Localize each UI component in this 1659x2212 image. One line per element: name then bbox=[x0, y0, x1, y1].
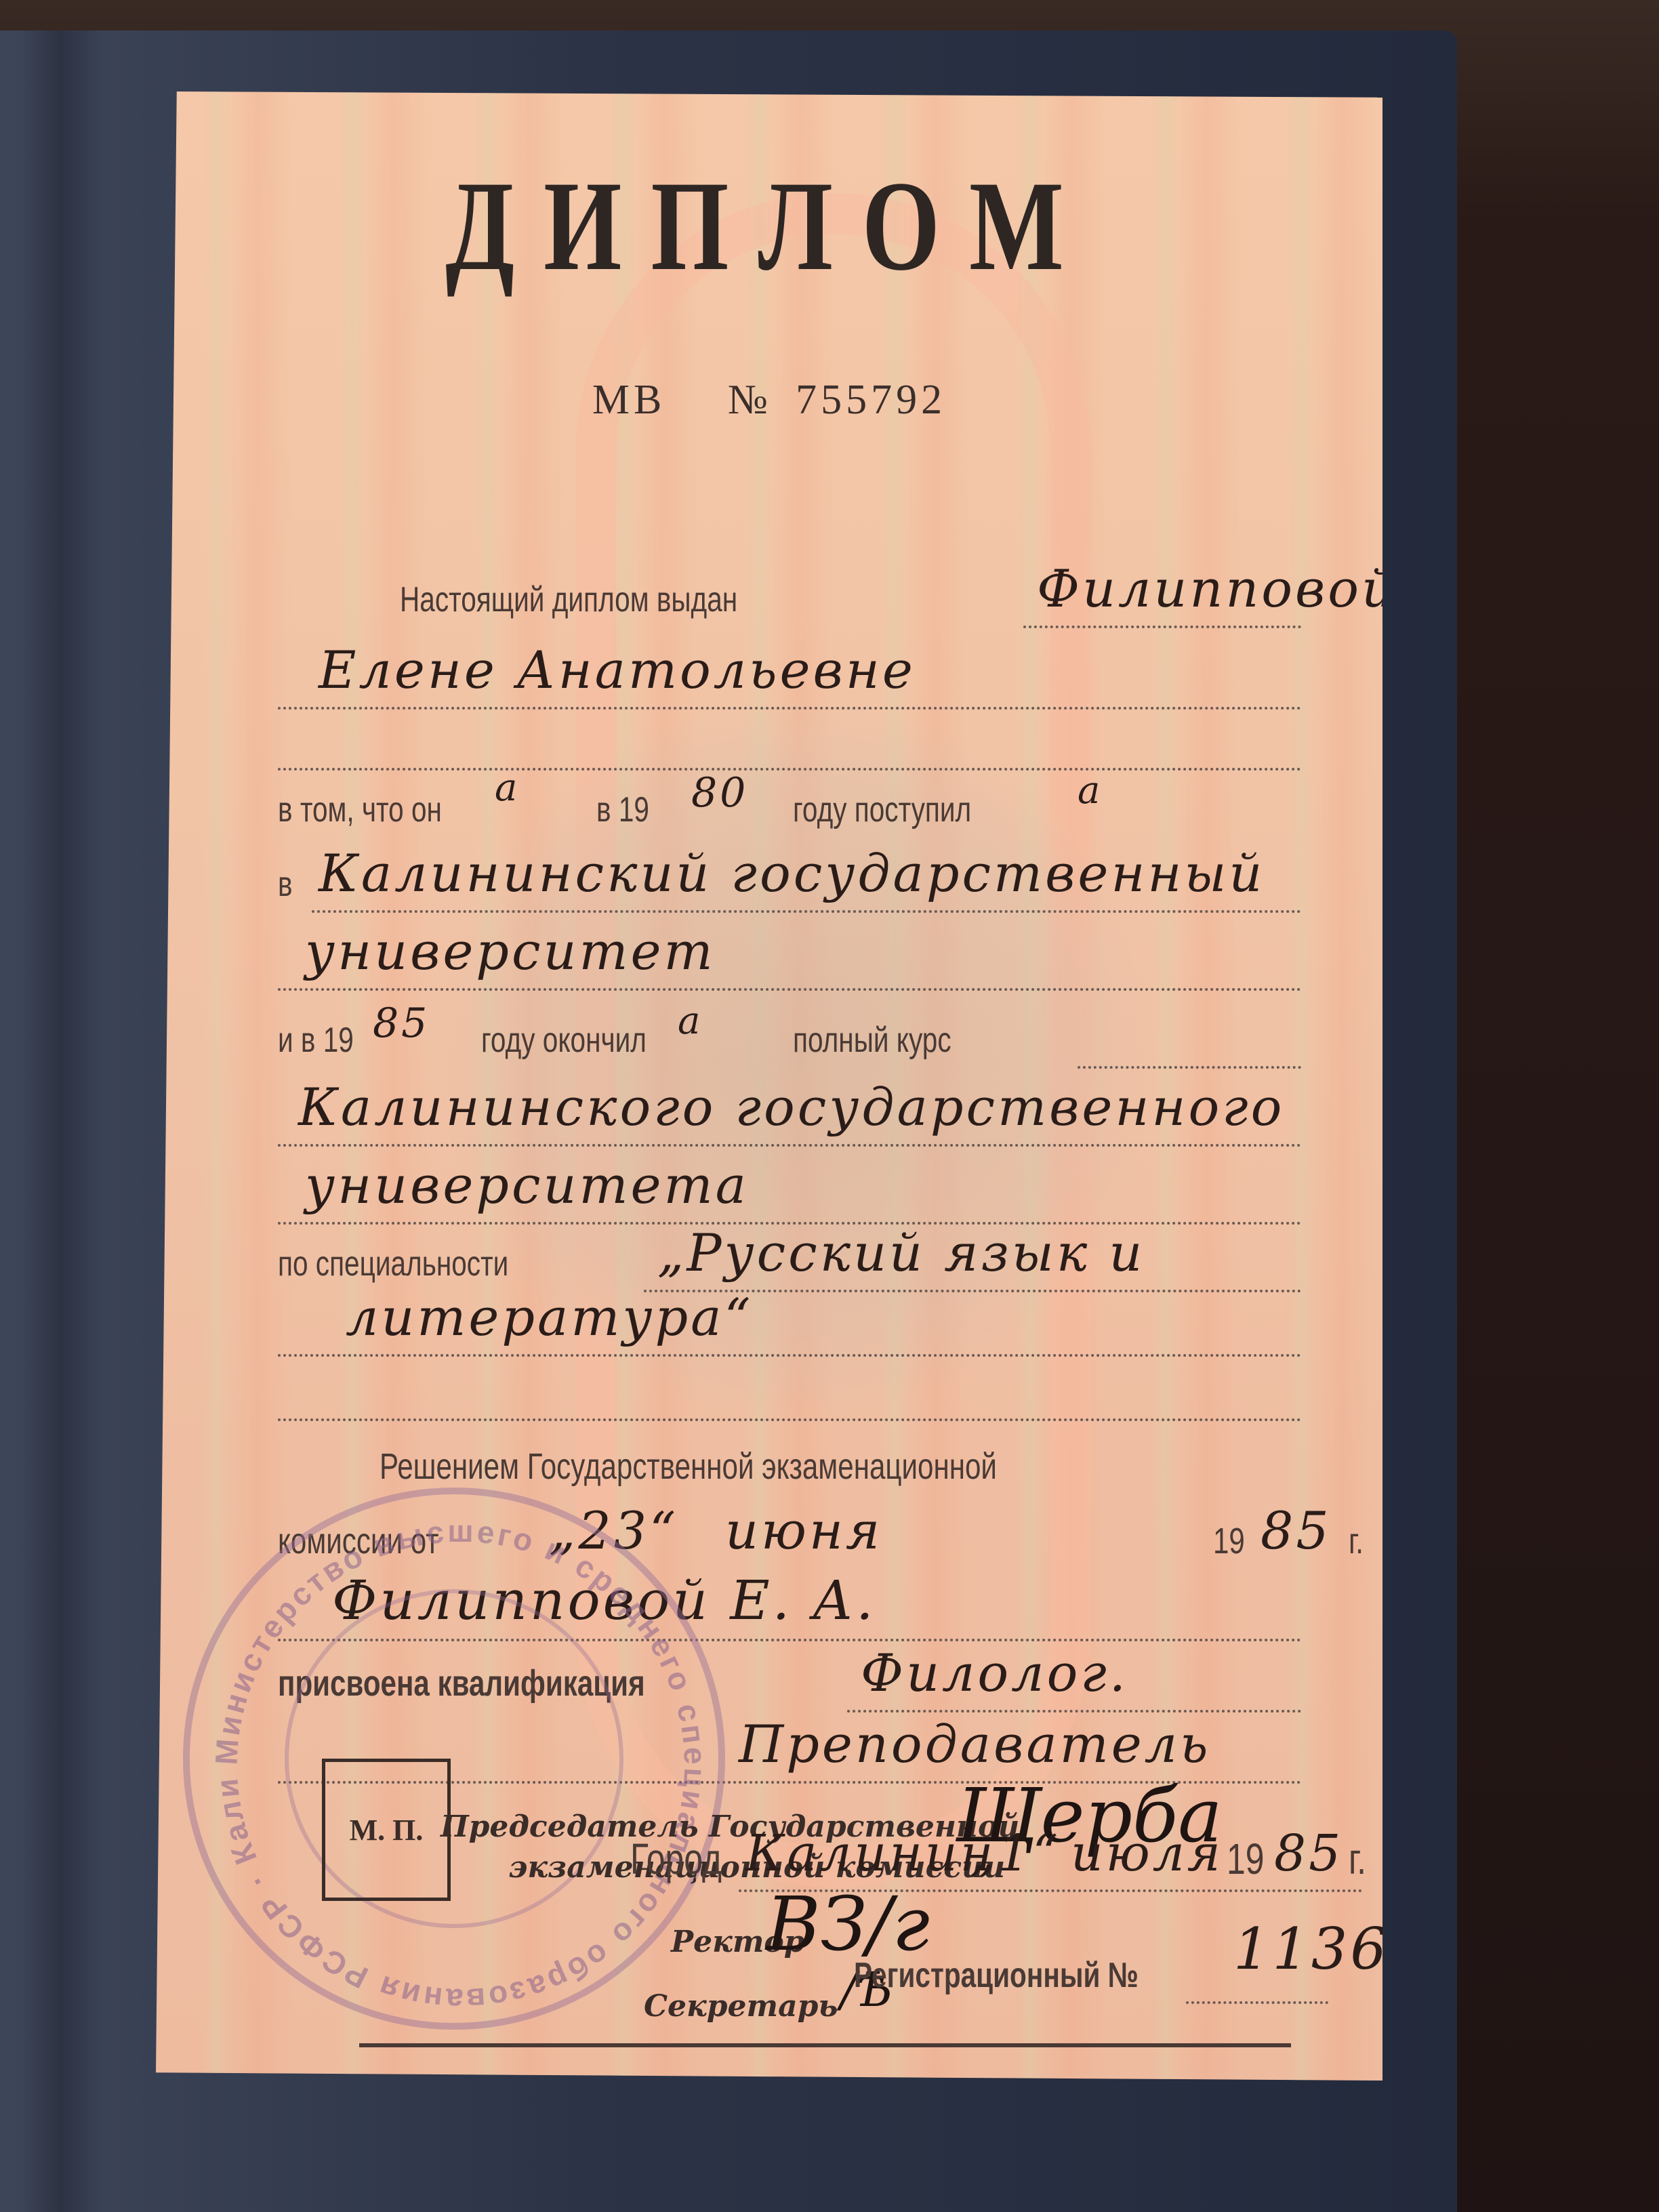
graduation-label-2: году окончил bbox=[481, 1020, 647, 1061]
city-date-line: Город Калинин „1“ июля 19 85 г. bbox=[630, 1796, 1308, 1898]
entry-label-1: в том, что он bbox=[278, 790, 442, 830]
entry-label-3: году поступил bbox=[793, 790, 971, 830]
issue-day: „1“ bbox=[969, 1824, 1061, 1883]
number-sign: № bbox=[728, 377, 772, 423]
official-seal: Министерство высшего и среднего специаль… bbox=[183, 1488, 725, 2030]
qualification-line2: Преподаватель bbox=[739, 1714, 1210, 1774]
series-code: МВ bbox=[592, 377, 665, 423]
dotted-line bbox=[1186, 2001, 1328, 2004]
dotted-line bbox=[312, 910, 1301, 913]
decision-year: 85 bbox=[1261, 1500, 1332, 1561]
in-label: в bbox=[278, 864, 293, 905]
graduation-label-3: полный курс bbox=[793, 1020, 951, 1061]
entry-row: в том, что он а в 19 80 году поступил а bbox=[278, 762, 1301, 844]
graduated-institution-line2: университета bbox=[305, 1155, 749, 1215]
bottom-rule bbox=[359, 2043, 1291, 2047]
decision-year-prefix: 19 bbox=[1213, 1520, 1245, 1562]
document-title: ДИПЛОМ bbox=[291, 152, 1248, 300]
secretary-label: Секретарь bbox=[644, 1989, 838, 2024]
decision-month: июня bbox=[725, 1500, 882, 1561]
registration-label: Регистрационный № bbox=[854, 1955, 1139, 1996]
registration-line: Регистрационный № 1136 bbox=[854, 1921, 1328, 2009]
qualification-line1: Филолог. bbox=[861, 1643, 1128, 1703]
serial-number: МВ №755792 bbox=[156, 376, 1382, 424]
decision-label: Решением Государственной экзаменационной bbox=[380, 1446, 997, 1488]
graduation-row: и в 19 85 году окончил а полный курс bbox=[278, 993, 1301, 1074]
dotted-line bbox=[1078, 1066, 1301, 1069]
stamp-placeholder-label: М. П. bbox=[350, 1813, 424, 1847]
recipient-surname: Филипповой bbox=[1037, 558, 1397, 619]
city-value: Калинин bbox=[745, 1824, 996, 1883]
entry-label-2: в 19 bbox=[596, 790, 649, 830]
issued-label: Настоящий диплом выдан bbox=[400, 579, 737, 620]
dotted-line bbox=[278, 1144, 1301, 1147]
specialty-line1: „Русский язык и bbox=[657, 1223, 1145, 1283]
diploma-page: ДИПЛОМ МВ №755792 Настоящий диплом выдан… bbox=[156, 91, 1382, 2081]
dotted-line bbox=[739, 1889, 1362, 1892]
specialty-line2: литература“ bbox=[346, 1287, 753, 1347]
entered-institution-line1: Калининский государственный bbox=[319, 843, 1265, 903]
graduation-year: 85 bbox=[373, 1000, 430, 1047]
decision-year-suffix: г. bbox=[1349, 1520, 1364, 1562]
issue-year-suffix: г. bbox=[1349, 1834, 1366, 1884]
entry-year: 80 bbox=[691, 769, 748, 817]
svg-text:Министерство высшего и среднег: Министерство высшего и среднего специаль… bbox=[190, 1494, 713, 2018]
recipient-name: Елене Анатольевне bbox=[319, 640, 916, 700]
dotted-line bbox=[278, 988, 1301, 991]
graduated-institution-row: Калининского государственного bbox=[278, 1071, 1301, 1152]
issue-year: 85 bbox=[1274, 1824, 1343, 1883]
cover-fold-shadow bbox=[20, 30, 102, 2212]
registration-number: 1136 bbox=[1233, 1916, 1389, 1982]
specialty-label: по специальности bbox=[278, 1244, 508, 1284]
graduation-label-1: и в 19 bbox=[278, 1020, 354, 1061]
entered-institution-row: в Калининский государственный bbox=[278, 837, 1301, 918]
issue-month: июля bbox=[1071, 1824, 1223, 1883]
stamp-placeholder-box: М. П. bbox=[322, 1759, 451, 1901]
seal-ring-text: Министерство высшего и среднего специаль… bbox=[190, 1494, 732, 2036]
graduated-institution-line1: Калининского государственного bbox=[298, 1077, 1284, 1137]
entry-gender-1: а bbox=[495, 766, 520, 810]
dotted-line bbox=[1023, 626, 1301, 628]
issue-year-prefix: 19 bbox=[1227, 1834, 1265, 1884]
diploma-number: 755792 bbox=[796, 377, 946, 423]
entry-gender-2: а bbox=[1078, 769, 1103, 813]
city-label: Город bbox=[630, 1834, 722, 1884]
entered-institution-row-2: университет bbox=[278, 915, 1301, 996]
blank-row bbox=[278, 1345, 1301, 1427]
entered-institution-line2: университет bbox=[305, 921, 716, 981]
graduation-gender: а bbox=[678, 999, 703, 1043]
issued-row: Настоящий диплом выдан Филипповой bbox=[278, 552, 1301, 634]
